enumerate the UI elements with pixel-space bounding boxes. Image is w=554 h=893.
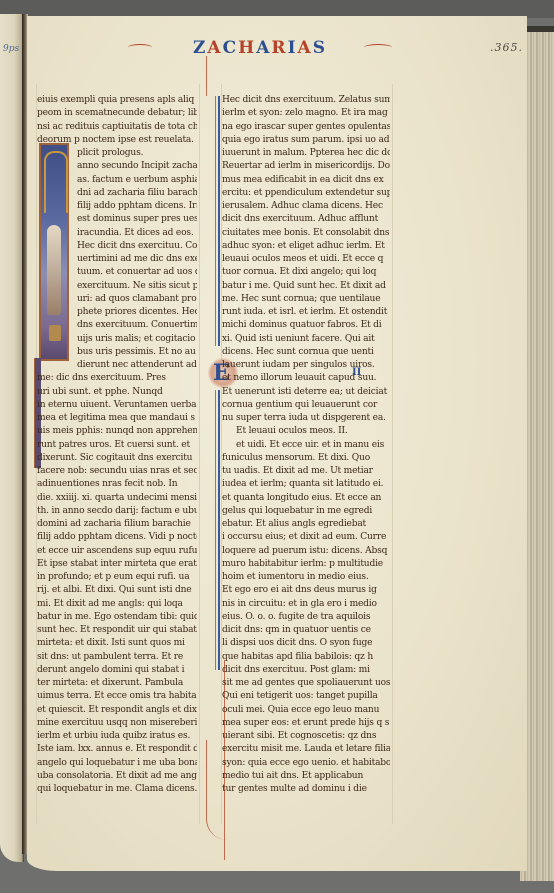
penwork-title-stem: [206, 56, 207, 96]
text-line: tuor cornua. Et dixi angelo; qui loq: [222, 266, 390, 279]
text-line: ter mirteta: et dixerunt. Pambula: [37, 677, 197, 690]
text-line: eiuis exempli quia presens apls aliq: [37, 94, 197, 107]
title-letter: I: [288, 38, 298, 58]
text-line: uijs uris malis; et cogitacio: [37, 333, 197, 346]
text-line: nsi ac redituis captiuitatis de tota cha…: [37, 121, 197, 134]
text-line: na ego irascar super gentes opulentas:: [222, 121, 390, 134]
text-line: mea super eos: et erunt prede hijs q s: [222, 717, 390, 730]
text-line: derunt angelo domini qui stabat i: [37, 664, 197, 677]
text-line: funiculus mensorum. Et dixi. Quo: [222, 452, 390, 465]
title-letter: H: [238, 38, 256, 58]
text-line: peom in scematnecunde debatur; libatio c…: [37, 107, 197, 120]
text-line: exercitu misit me. Lauda et letare filia: [222, 743, 390, 756]
text-line: mus mea edificabit in ea dicit dns ex: [222, 174, 390, 187]
text-line: batur i me. Quid sunt hec. Et dixit ad: [222, 280, 390, 293]
text-line: syon: quia ecce ego uenio. et habitabo i: [222, 757, 390, 770]
text-line: iudea et ierlm; quanta sit latitudo ei.: [222, 478, 390, 491]
title-letter: S: [313, 38, 327, 58]
text-line: plicit prologus.: [37, 147, 197, 160]
text-line: Hec dicit dns exercituum. Zelatus sum: [222, 94, 390, 107]
text-line: hoim et iumentoru in medio eius.: [222, 571, 390, 584]
penwork-red-bar-lower: [215, 390, 216, 670]
text-line: mea et legitima mea que mandaui s: [37, 412, 197, 425]
text-line: die. xxiiij. xi. quarta undecimi mensis …: [37, 492, 197, 505]
title-letter: A: [207, 38, 222, 58]
title-flourish-right: [364, 44, 392, 51]
text-line: dicit dns exercituu. Post glam: mi: [222, 664, 390, 677]
text-line: loquere ad puerum istu: dicens. Absq: [222, 545, 390, 558]
text-line: quia ego iratus sum parum. ipsi uo ad: [222, 134, 390, 147]
text-line: ebatur. Et alius angls egrediebat: [222, 518, 390, 531]
text-line: adhuc syon: et eliget adhuc ierlm. Et: [222, 240, 390, 253]
text-line: nu super terra iuda ut dispgerent ea.: [222, 412, 390, 425]
text-line: qui loquebatur in me. Clama dicens.: [37, 783, 197, 796]
text-line: me. Hec sunt cornua; que uentilaue: [222, 293, 390, 306]
margin-note: 9ps: [3, 44, 19, 54]
text-line: mine exercituu usqq non misereberis: [37, 717, 197, 730]
text-line: uierant sibi. Et cognoscetis: qz dns: [222, 730, 390, 743]
text-line: uertimini ad me dic dns exerci: [37, 253, 197, 266]
text-line: et quanta longitudo eius. Et ecce an: [222, 492, 390, 505]
text-line: ciuitates mee bonis. Et consolabit dns: [222, 227, 390, 240]
ruling-left-col-right: [199, 84, 200, 824]
text-line: exercituum. Ne sitis sicut patres: [37, 280, 197, 293]
text-line: dierunt nec attenderunt ad: [37, 359, 197, 372]
text-line: anno secundo Incipit zachari: [37, 160, 197, 173]
text-line: adinuentiones nras fecit nob. In: [37, 478, 197, 491]
text-line: domini ad zacharia filium barachie: [37, 518, 197, 531]
text-line: et quiescit. Et respondit angls et dixit…: [37, 704, 197, 717]
text-line: dicit dns exercituum. Adhuc afflunt: [222, 213, 390, 226]
text-line: dni ad zacharia filiu barachi: [37, 187, 197, 200]
text-line: gelus qui loquebatur in me egredi: [222, 505, 390, 518]
text-line: tu uadis. Et dixit ad me. Ut metiar: [222, 465, 390, 478]
running-title: ZACHARIAS: [150, 38, 370, 58]
text-line: i occursu eius; et dixit ad eum. Curre: [222, 531, 390, 544]
text-line: uri: ad quos clamabant pro: [37, 293, 197, 306]
penwork-blue-bar-upper: [218, 96, 220, 346]
text-line: nis in circuitu: et in gla ero i medio: [222, 598, 390, 611]
text-line: iuuerunt in malum. Ppterea hec dic do.: [222, 147, 390, 160]
text-line: ierlm et urbiu iuda quibz iratus es.: [37, 730, 197, 743]
text-line: eius. O. o. o. fugite de tra aquilois: [222, 611, 390, 624]
text-line: mirteta: et dixit. Isti sunt quos mi: [37, 637, 197, 650]
text-line: rij. et albi. Et dixi. Qui sunt isti dne: [37, 584, 197, 597]
text-line: Et ego ero ei ait dns deus murus ig: [222, 584, 390, 597]
text-line: Et uenerunt isti deterre ea; ut deiciat: [222, 386, 390, 399]
text-line: lauerunt iudam per singulos uiros.: [222, 359, 390, 372]
text-line: medio tui ait dns. Et applicabun: [222, 770, 390, 783]
text-line: est dominus super pres uestros: [37, 213, 197, 226]
text-line: ercitu: et ppendiculum extendetur sup: [222, 187, 390, 200]
text-line: as. factum e uerbum asphia: [37, 174, 197, 187]
left-text-column: eiuis exempli quia presens apls aliqpeom…: [37, 94, 197, 796]
text-line: ierlm et syon: zelo magno. Et ira mag: [222, 107, 390, 120]
text-line: batur in me. Ego ostendam tibi: quid: [37, 611, 197, 624]
text-line: et uidi. Et ecce uir. et in manu eis: [222, 439, 390, 452]
title-letter: C: [223, 38, 239, 58]
text-line: michi dominus quatuor fabros. Et di: [222, 319, 390, 332]
text-line: ierusalem. Adhuc clama dicens. Hec: [222, 200, 390, 213]
text-line: cornua gentium qui leuauerunt cor: [222, 399, 390, 412]
text-line: sit me ad gentes que spoliauerunt uos.: [222, 677, 390, 690]
text-line: uba consolatoria. Et dixit ad me angels: [37, 770, 197, 783]
text-line: que habitas apd filia babilois: qz h: [222, 651, 390, 664]
text-line: mi. Et dixit ad me angls: qui loqa: [37, 598, 197, 611]
ruling-right-col-right: [392, 84, 393, 824]
text-line: dns exercituum. Conuertimini d: [37, 319, 197, 332]
text-line: dicit dns: qm in quatuor uentis ce: [222, 624, 390, 637]
text-line: facere nob: secundu uias nras et sec: [37, 465, 197, 478]
text-line: et nemo illorum leuauit capud suu.: [222, 372, 390, 385]
text-line: th. in anno secdo darij: factum e ubu: [37, 505, 197, 518]
text-line: filij addo pphtam dicens. Irat: [37, 200, 197, 213]
text-line: phete priores dicentes. Hec dicit: [37, 306, 197, 319]
title-letter: A: [298, 38, 313, 58]
text-line: in profundo; et p eum equi rufi. ua: [37, 571, 197, 584]
text-line: bus uris pessimis. Et no au: [37, 346, 197, 359]
text-line: uri ubi sunt. et pphe. Nunqd: [37, 386, 197, 399]
text-line: Hec dicit dns exercituu. Con: [37, 240, 197, 253]
text-line: deorum p noctem ipse est reuelata. Ex: [37, 134, 197, 147]
title-letter: R: [271, 38, 287, 58]
text-line: tur gentes multe ad dominu i die: [222, 783, 390, 796]
text-line: li dispsi uos dicit dns. O syon fuge: [222, 637, 390, 650]
text-line: Reuertar ad ierlm in misericordijs. Do: [222, 160, 390, 173]
text-line: runt iuda. et isrl. et ierlm. Et ostendi…: [222, 306, 390, 319]
text-line: muro habitabitur ierlm: p multitudie: [222, 558, 390, 571]
text-line: et ecce uir ascendens sup equu rufum.: [37, 545, 197, 558]
title-flourish-left: [128, 44, 152, 51]
text-line: runt patres uros. Et cuersi sunt. et: [37, 439, 197, 452]
text-line: sit dns: ut pambulent terra. Et re: [37, 651, 197, 664]
text-line: dixerunt. Sic cogitauit dns exercitu: [37, 452, 197, 465]
title-letter: Z: [193, 38, 207, 58]
text-line: in eternu uiuent. Veruntamen uerba: [37, 399, 197, 412]
text-line: Iste iam. lxx. annus e. Et respondit dns: [37, 743, 197, 756]
text-line: tuum. et conuertar ad uos dicit d: [37, 266, 197, 279]
text-line: angelo qui loquebatur i me uba bona: [37, 757, 197, 770]
text-line: sunt hec. Et respondit uir qui stabat in…: [37, 624, 197, 637]
text-line: oculi mei. Quia ecce ego leuo manu: [222, 704, 390, 717]
text-line: Et ipse stabat inter mirteta que erat: [37, 558, 197, 571]
text-line: xi. Quid isti ueniunt facere. Qui ait: [222, 333, 390, 346]
text-line: Qui eni tetigerit uos: tanget pupilla: [222, 690, 390, 703]
text-line: uis meis pphis: nunqd non apprehende: [37, 425, 197, 438]
text-line: dicens. Hec sunt cornua que uenti: [222, 346, 390, 359]
text-line: filij addo pphtam dicens. Vidi p nocte.: [37, 531, 197, 544]
text-line: iracundia. Et dices ad eos.: [37, 227, 197, 240]
text-line: uimus terra. Et ecce omis tra habita: [37, 690, 197, 703]
folio-number: .365.: [490, 41, 523, 54]
text-line: me: dic dns exercituum. Pres: [37, 372, 197, 385]
penwork-blue-bar-lower: [218, 390, 220, 670]
text-line: leuaui oculos meos et uidi. Et ecce q: [222, 253, 390, 266]
text-line: Et leuaui oculos meos. II.: [222, 425, 390, 438]
right-text-column: Hec dicit dns exercituum. Zelatus sumier…: [222, 94, 390, 796]
penwork-red-bar-upper: [215, 96, 216, 346]
previous-page-edge: 9ps: [0, 14, 24, 862]
title-letter: A: [256, 38, 271, 58]
